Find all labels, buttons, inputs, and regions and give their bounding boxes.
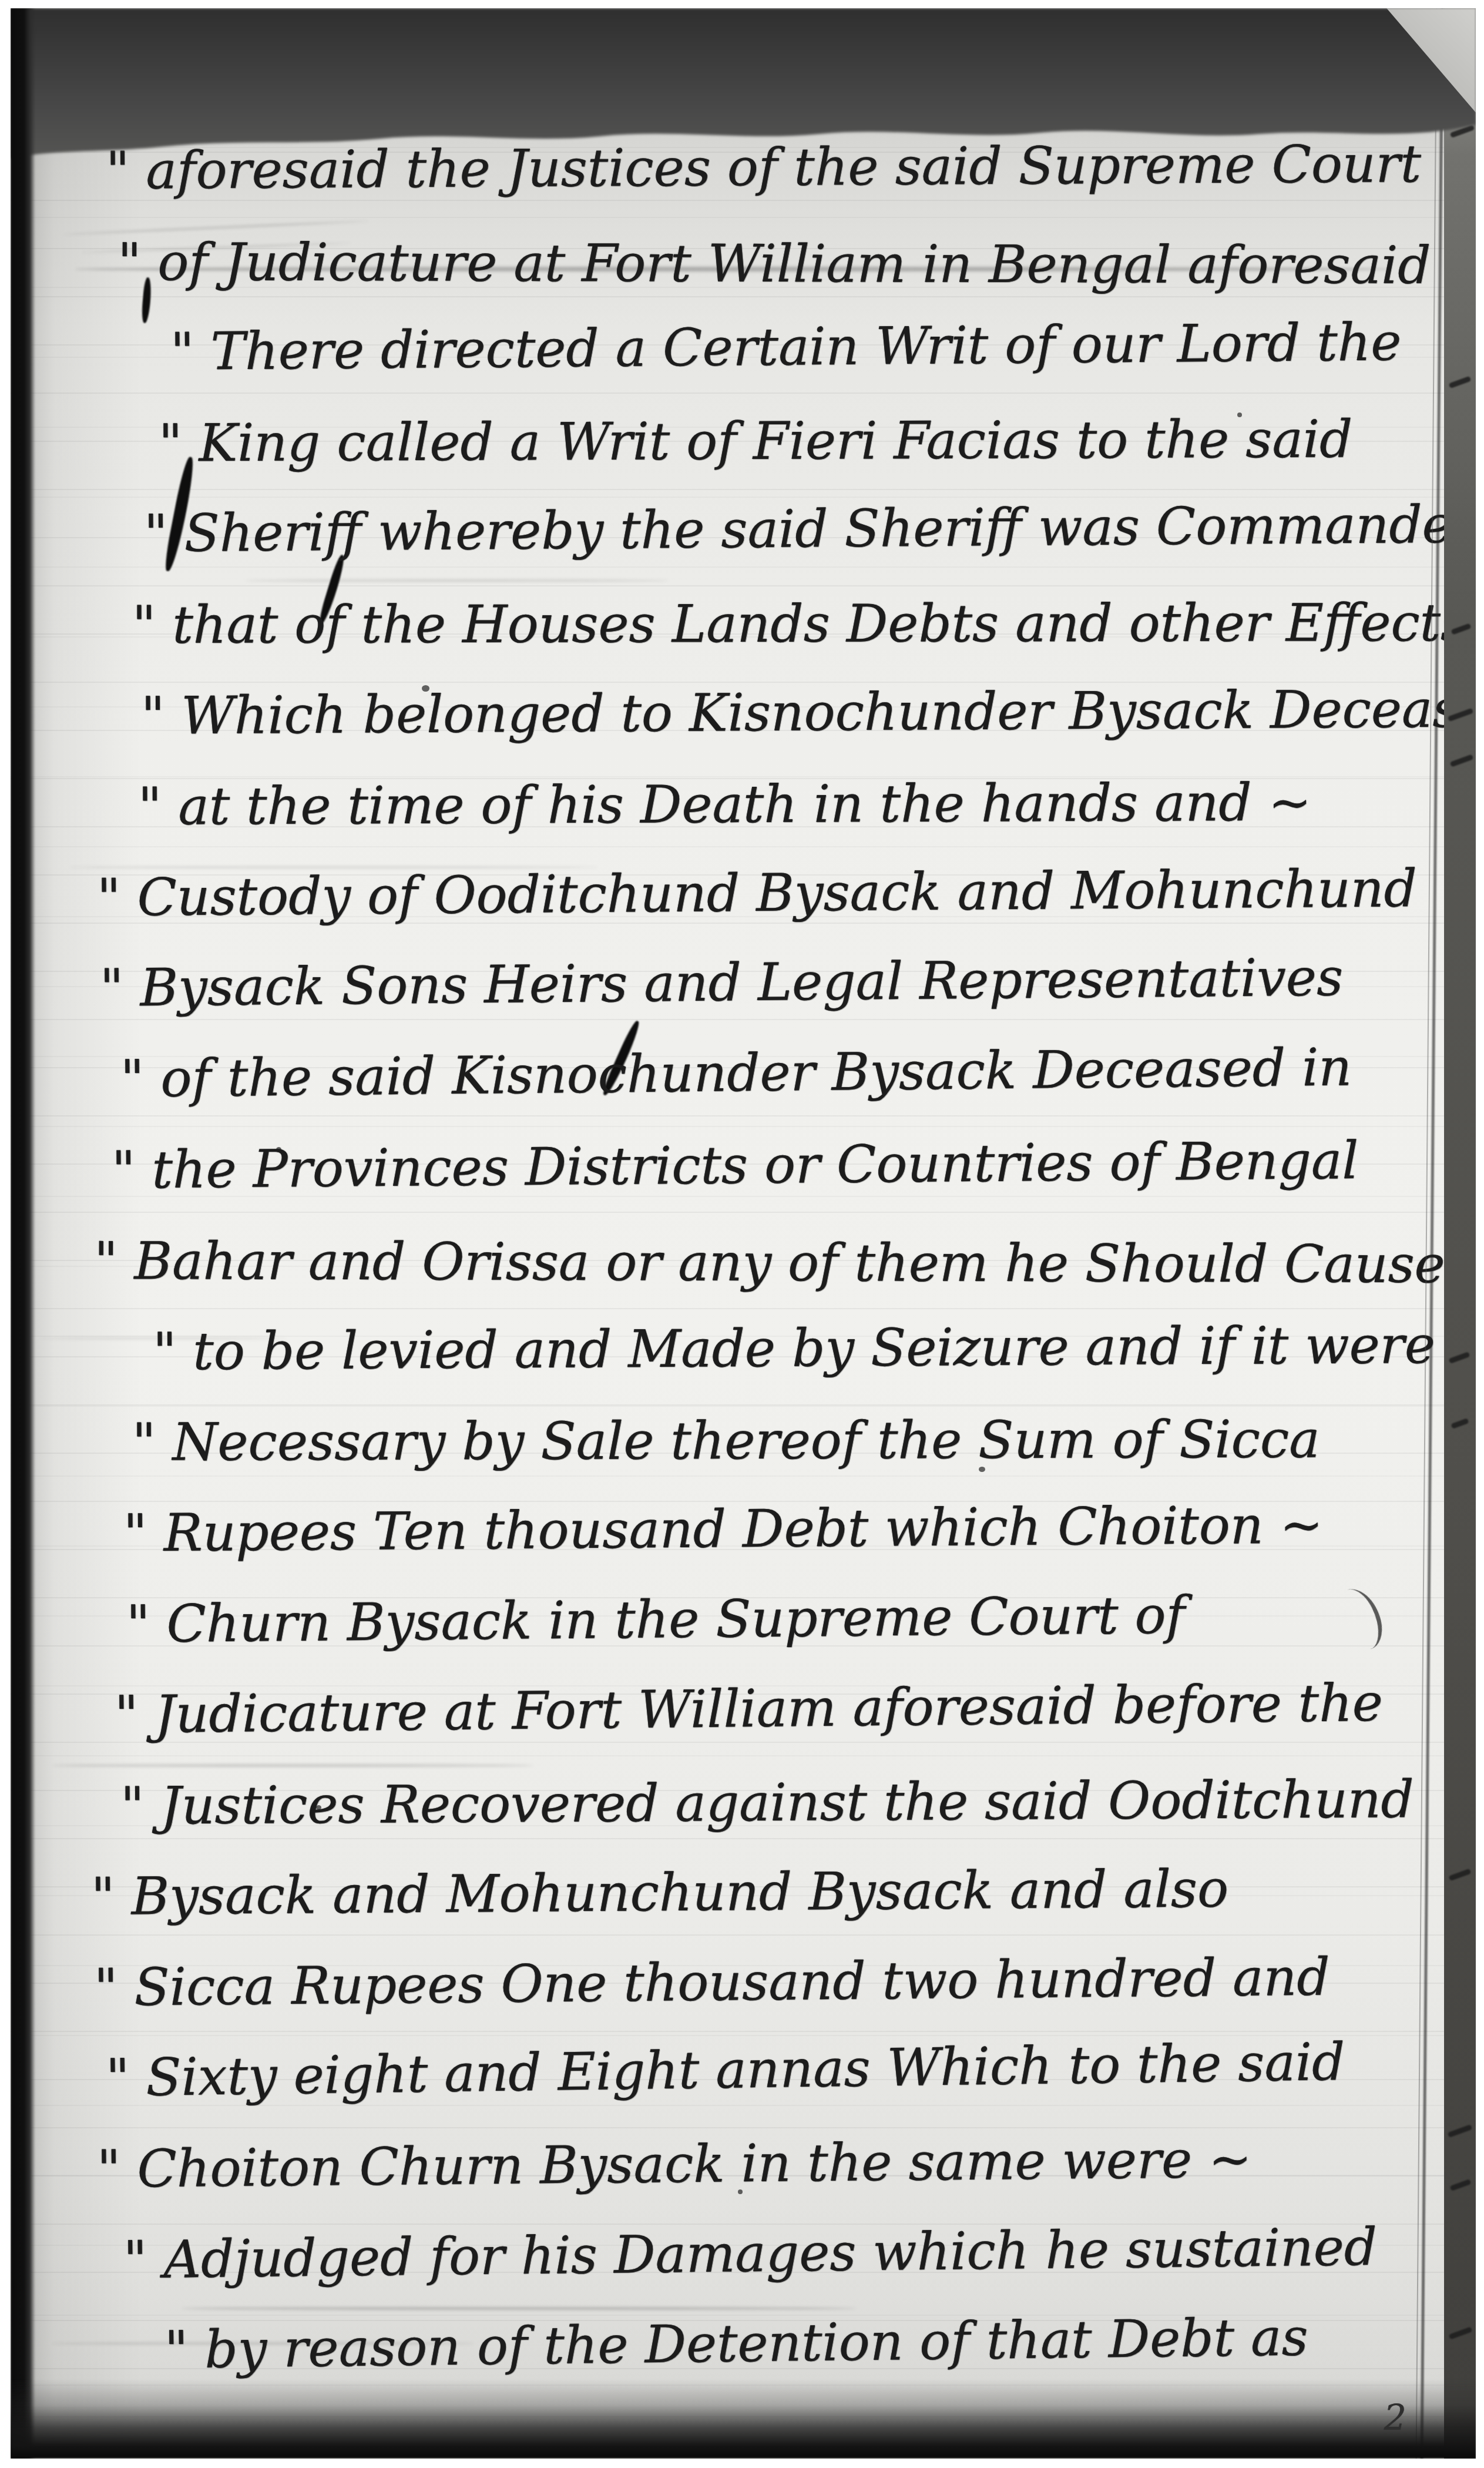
- ink-bleed-mark: [1450, 2179, 1472, 2191]
- ink-bleed-mark: [1448, 708, 1473, 722]
- page-edge-right: [1444, 8, 1476, 2459]
- manuscript-line: " Adjudged for his Damages which he sust…: [88, 2201, 1416, 2306]
- manuscript-line: " Bysack and Mohunchund Bysack and also: [88, 1843, 1416, 1943]
- ink-bleed-mark: [1449, 1352, 1470, 1364]
- manuscript-line: " Choiton Churn Bysack in the same were …: [88, 2112, 1416, 2215]
- ink-bleed-mark: [1448, 2124, 1473, 2138]
- manuscript-line: " Bysack Sons Heirs and Legal Representa…: [88, 932, 1416, 1034]
- manuscript-line: " Justices Recovered against the said Oo…: [88, 1754, 1416, 1852]
- manuscript-text-block: " aforesaid the Justices of the said Sup…: [88, 126, 1416, 2397]
- ink-bleed-mark: [1451, 623, 1471, 635]
- manuscript-line: " Bahar and Orissa or any of them he Sho…: [88, 1216, 1416, 1310]
- manuscript-line: " Rupees Ten thousand Debt which Choiton…: [88, 1479, 1416, 1579]
- manuscript-line: " to be levied and Made by Seizure and i…: [88, 1300, 1416, 1397]
- manuscript-line: " King called a Writ of Fieri Facias to …: [88, 394, 1416, 489]
- page-number: 2: [1384, 2397, 1406, 2439]
- manuscript-line: " at the time of his Death in the hands …: [88, 757, 1416, 852]
- manuscript-line: " Necessary by Sale thereof the Sum of S…: [88, 1394, 1416, 1488]
- manuscript-line: " Sheriff whereby the said Sheriff was C…: [88, 480, 1416, 580]
- manuscript-line: " There directed a Certain Writ of our L…: [88, 297, 1416, 398]
- manuscript-line: " the Provinces Districts or Countries o…: [88, 1115, 1416, 1216]
- manuscript-line: " Churn Bysack in the Supreme Court of: [88, 1568, 1416, 1670]
- manuscript-line: " Custody of Ooditchund Bysack and Mohun…: [88, 843, 1416, 943]
- ink-bleed-mark: [1449, 2326, 1473, 2339]
- scanned-manuscript-page: " aforesaid the Justices of the said Sup…: [11, 8, 1476, 2459]
- binding-shadow-left: [11, 8, 35, 2459]
- ink-bleed-mark: [1450, 754, 1474, 767]
- manuscript-line: " of the said Kisnochunder Bysack Deceas…: [88, 1021, 1416, 1125]
- page-top-shadow-shape: [11, 8, 1476, 190]
- manuscript-line: " Which belonged to Kisnochunder Bysack …: [88, 664, 1416, 762]
- manuscript-line: " of Judicature at Fort William in Benga…: [88, 217, 1416, 311]
- manuscript-line: " Judicature at Fort William aforesaid b…: [88, 1657, 1416, 1761]
- ink-bleed-mark: [1451, 1418, 1469, 1429]
- manuscript-line: " that of the Houses Lands Debts and oth…: [88, 578, 1416, 671]
- page-top-shadow: [11, 8, 1476, 190]
- manuscript-line: " Sixty eight and Eight annas Which to t…: [88, 2016, 1416, 2124]
- page-bottom-shadow: [11, 2379, 1476, 2459]
- ink-bleed-mark: [1449, 376, 1472, 388]
- ink-bleed-mark: [1449, 1869, 1472, 1881]
